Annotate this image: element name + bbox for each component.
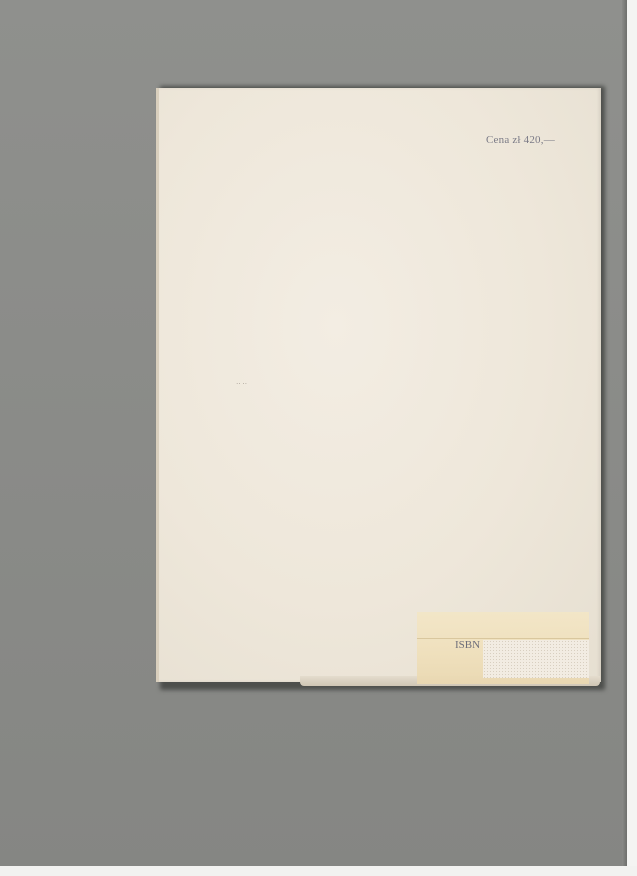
isbn-cover-tape bbox=[483, 640, 589, 678]
sticker-fold-line bbox=[417, 638, 589, 639]
price-label: Cena zł 420,— bbox=[486, 134, 555, 146]
scan-margin-bottom bbox=[0, 866, 637, 876]
book-back-cover bbox=[156, 88, 601, 682]
scan-margin-right bbox=[627, 0, 637, 876]
isbn-label: ISBN bbox=[455, 639, 480, 651]
cover-blemish: ·· ·· bbox=[236, 380, 247, 388]
